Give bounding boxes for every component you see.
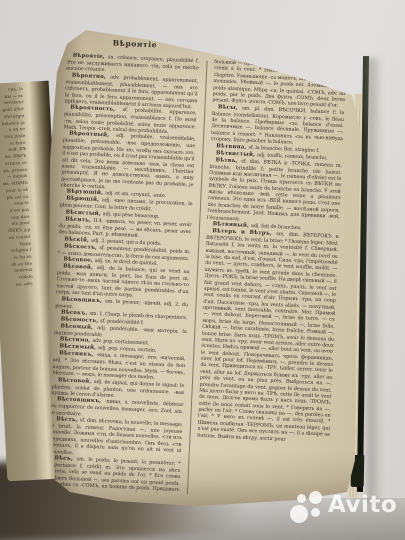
watermark-text: Avito xyxy=(328,492,397,518)
running-head-left: Вѣроятіе xyxy=(77,37,193,51)
book-product-photo: гръ, laны — въserviteurgoût allerchirurg… xyxy=(0,0,405,540)
dictionary-entry: Вѣроятный, adj. probable, vraisemblable,… xyxy=(61,131,196,195)
text-fragment: но, adv. xyxy=(0,281,33,290)
page-number: 137 xyxy=(192,42,210,52)
dictionary-entry: большой — при дворѣ, il a grand crédit, … xyxy=(212,59,346,110)
dictionary-entry: Вѣтвь, sf. dim. ВѢТКА и -ТОЧКА, rameau m… xyxy=(207,156,342,226)
left-page-text-fragments: гръ, laны — въserviteurgoût allerchirurg… xyxy=(0,86,33,289)
running-head-right: Вѣтеръ xyxy=(210,43,326,57)
page-content: Вѣроятіе 137 Вѣтеръ Вѣроятіе, sn. créanc… xyxy=(38,26,351,515)
text-columns: Вѣроятіе, sn. créance, croyance, plausib… xyxy=(39,52,350,501)
left-column: Вѣроятіе, sn. créance, croyance, plausib… xyxy=(47,52,199,494)
dictionary-entry: Вѣсть, sf. dim. вѣсточка, la nouvelle; l… xyxy=(49,416,183,461)
avito-watermark: Avito xyxy=(286,486,405,536)
dictionary-page: Вѣроятіе 137 Вѣтеръ Вѣроятіе, sn. créanc… xyxy=(0,0,405,540)
watermark-dot-icon xyxy=(290,505,308,523)
watermark-dot-icon xyxy=(297,494,306,503)
dictionary-entry: Вѣсъ, sm. le poids; le pesant; la pesant… xyxy=(47,455,181,494)
cover-cast-shadow xyxy=(367,58,383,504)
watermark-dot-icon xyxy=(309,491,322,504)
watermark-dot-icon xyxy=(311,508,320,517)
dictionary-entry: Вѣтеръ и Вѣтръ, sm. dim. ВѢТЕРОКЪ и ВѢТЕ… xyxy=(197,228,339,445)
dictionary-entry: Вѣсы, sm. pl. dim. ВѢСОЧКИ, balance f; l… xyxy=(210,104,344,149)
right-column: большой — при дворѣ, il a grand crédit, … xyxy=(194,59,346,501)
